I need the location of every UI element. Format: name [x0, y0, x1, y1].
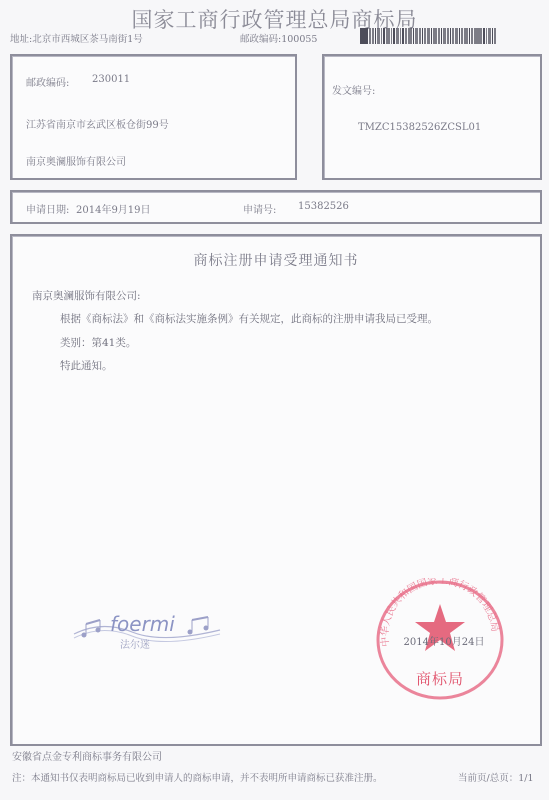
document-number-label: 发文编号:: [332, 82, 375, 97]
brand-name-cn: 法尔迷: [120, 636, 150, 651]
barcode-icon: [360, 28, 538, 44]
notice-paragraph: 根据《商标法》和《商标法实施条例》有关规定，此商标的注册申请我局已受理。: [60, 311, 438, 326]
application-date-label: 申请日期:: [26, 201, 69, 216]
brand-logo: foermi 法尔迷: [72, 608, 222, 658]
seal-bottom-text: 商标局: [372, 668, 508, 689]
document-number-box: 发文编号: TMZC15382526ZCSL01: [322, 54, 542, 180]
page-indicator: 当前页/总页：1/1: [458, 770, 534, 784]
application-date-value: 2014年9月19日: [76, 201, 151, 216]
brand-name: foermi: [110, 612, 175, 636]
document-number-value: TMZC15382526ZCSL01: [358, 122, 481, 133]
agency-address: 地址:北京市西城区茶马南街1号: [10, 31, 143, 45]
recipient-postcode-label: 邮政编码:: [26, 74, 69, 89]
application-info-box: 申请日期: 2014年9月19日 申请号: 15382526: [10, 190, 542, 224]
application-number-label: 申请号:: [243, 201, 276, 216]
application-number-value: 15382526: [298, 201, 349, 212]
notice-closing: 特此通知。: [60, 358, 113, 373]
agency-postcode: 邮政编码:100055: [240, 31, 317, 45]
recipient-company: 南京奥澜服饰有限公司: [26, 153, 126, 168]
notice-title: 商标注册申请受理通知书: [12, 250, 540, 270]
seal-date: 2014年10月24日: [394, 633, 494, 648]
notice-category: 类别：第41类。: [60, 335, 136, 350]
recipient-box: 邮政编码: 230011 江苏省南京市玄武区板仓街99号 南京奥澜服饰有限公司: [10, 54, 297, 180]
recipient-postcode-value: 230011: [92, 74, 130, 85]
footer-note: 注：本通知书仅表明商标局已收到申请人的商标申请，并不表明所申请商标已获准注册。: [12, 770, 383, 784]
notice-addressee: 南京奥澜服饰有限公司:: [32, 288, 141, 303]
agency-name: 安徽省点金专利商标事务有限公司: [12, 748, 162, 763]
official-seal: 中华人民共和国国家工商行政管理总局 2014年10月24日 商标局: [372, 578, 508, 702]
recipient-address: 江苏省南京市玄武区板仓街99号: [26, 116, 169, 131]
